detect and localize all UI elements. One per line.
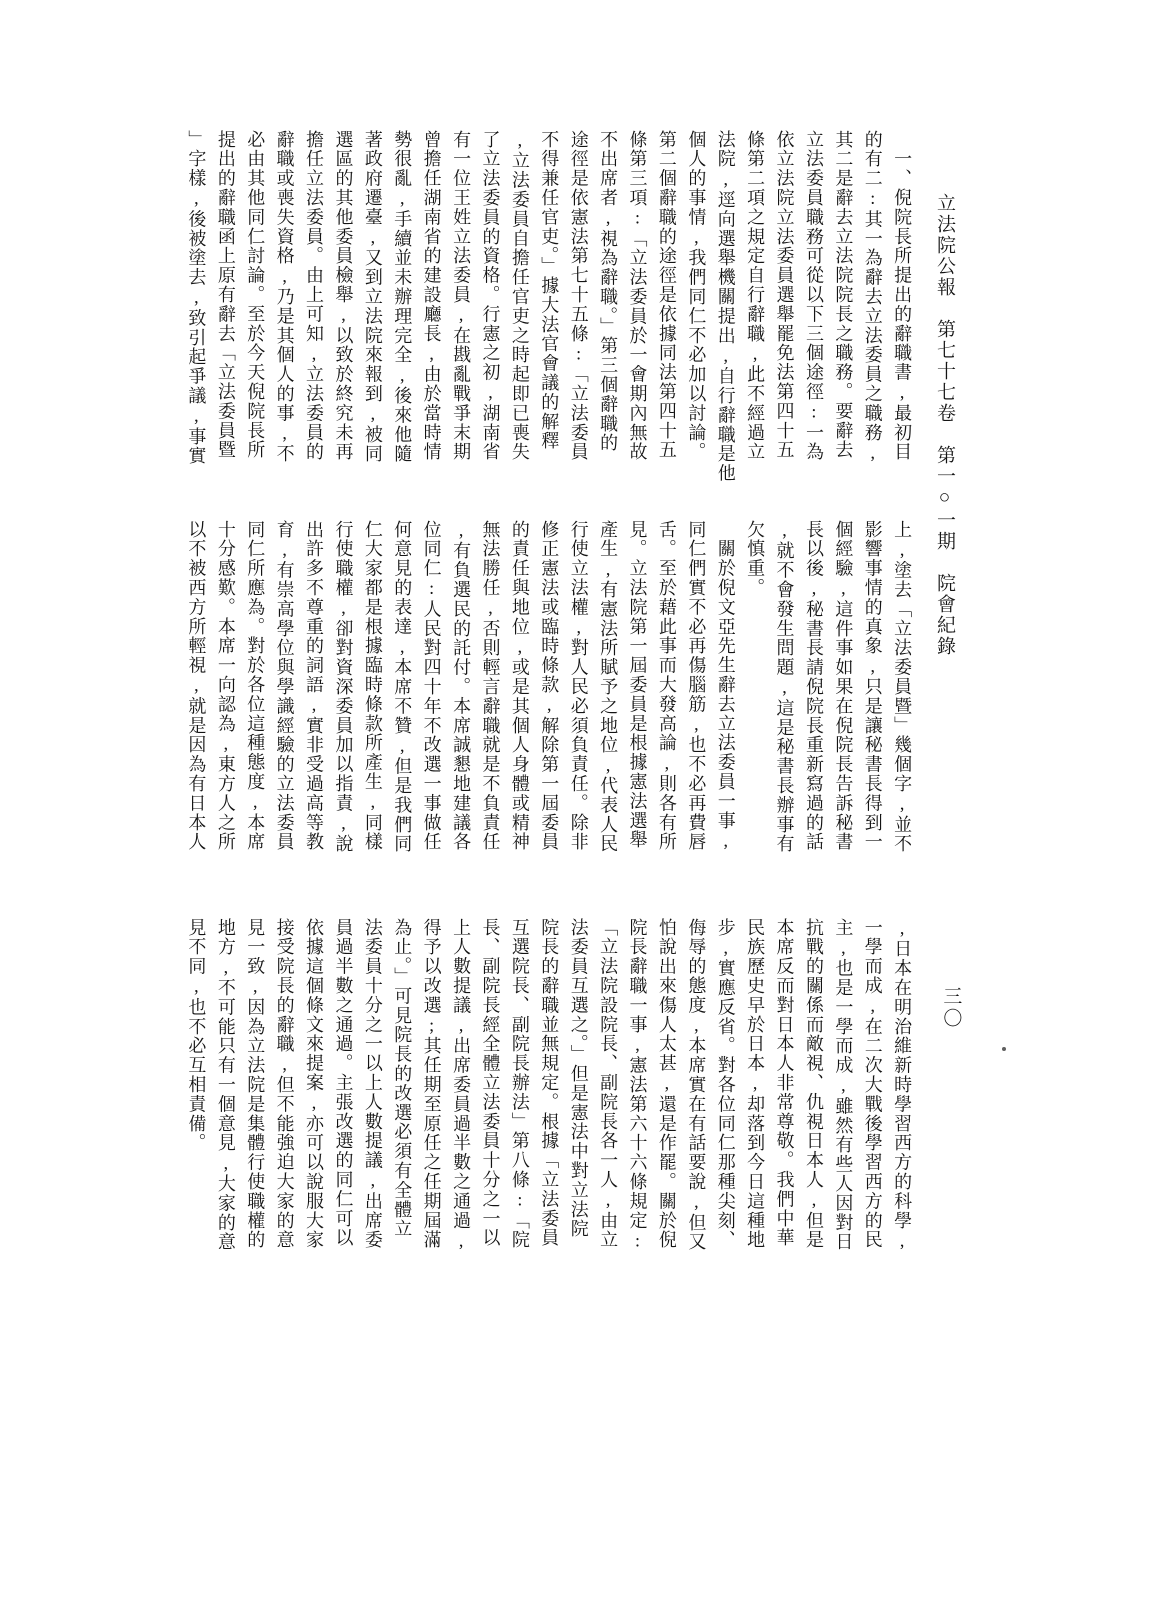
- text-block-top: 一、倪院長所提出的辭職書,最初目 的有二:其一為辭去立法委員之職務, 其二是辭去…: [181, 130, 916, 490]
- scan-speck: [1002, 1047, 1006, 1051]
- text-block-bottom: ,日本在明治維新時學習西方的科學, 一學而成,在二次大戰後學習西方的民 主,也是…: [181, 918, 916, 1283]
- page-number: 三〇: [936, 986, 965, 1046]
- gazette-page: 立法院公報 第七十七卷 第一○一期 院會紀錄 三〇 一、倪院長所提出的辭職書,最…: [0, 0, 1153, 1600]
- text-block-middle: 上,塗去「立法委員暨」幾個字,並不 影響事情的真象,只是讓秘書長得到一 個經驗,…: [181, 520, 916, 880]
- page-header: 立法院公報 第七十七卷 第一○一期 院會紀錄: [929, 193, 959, 663]
